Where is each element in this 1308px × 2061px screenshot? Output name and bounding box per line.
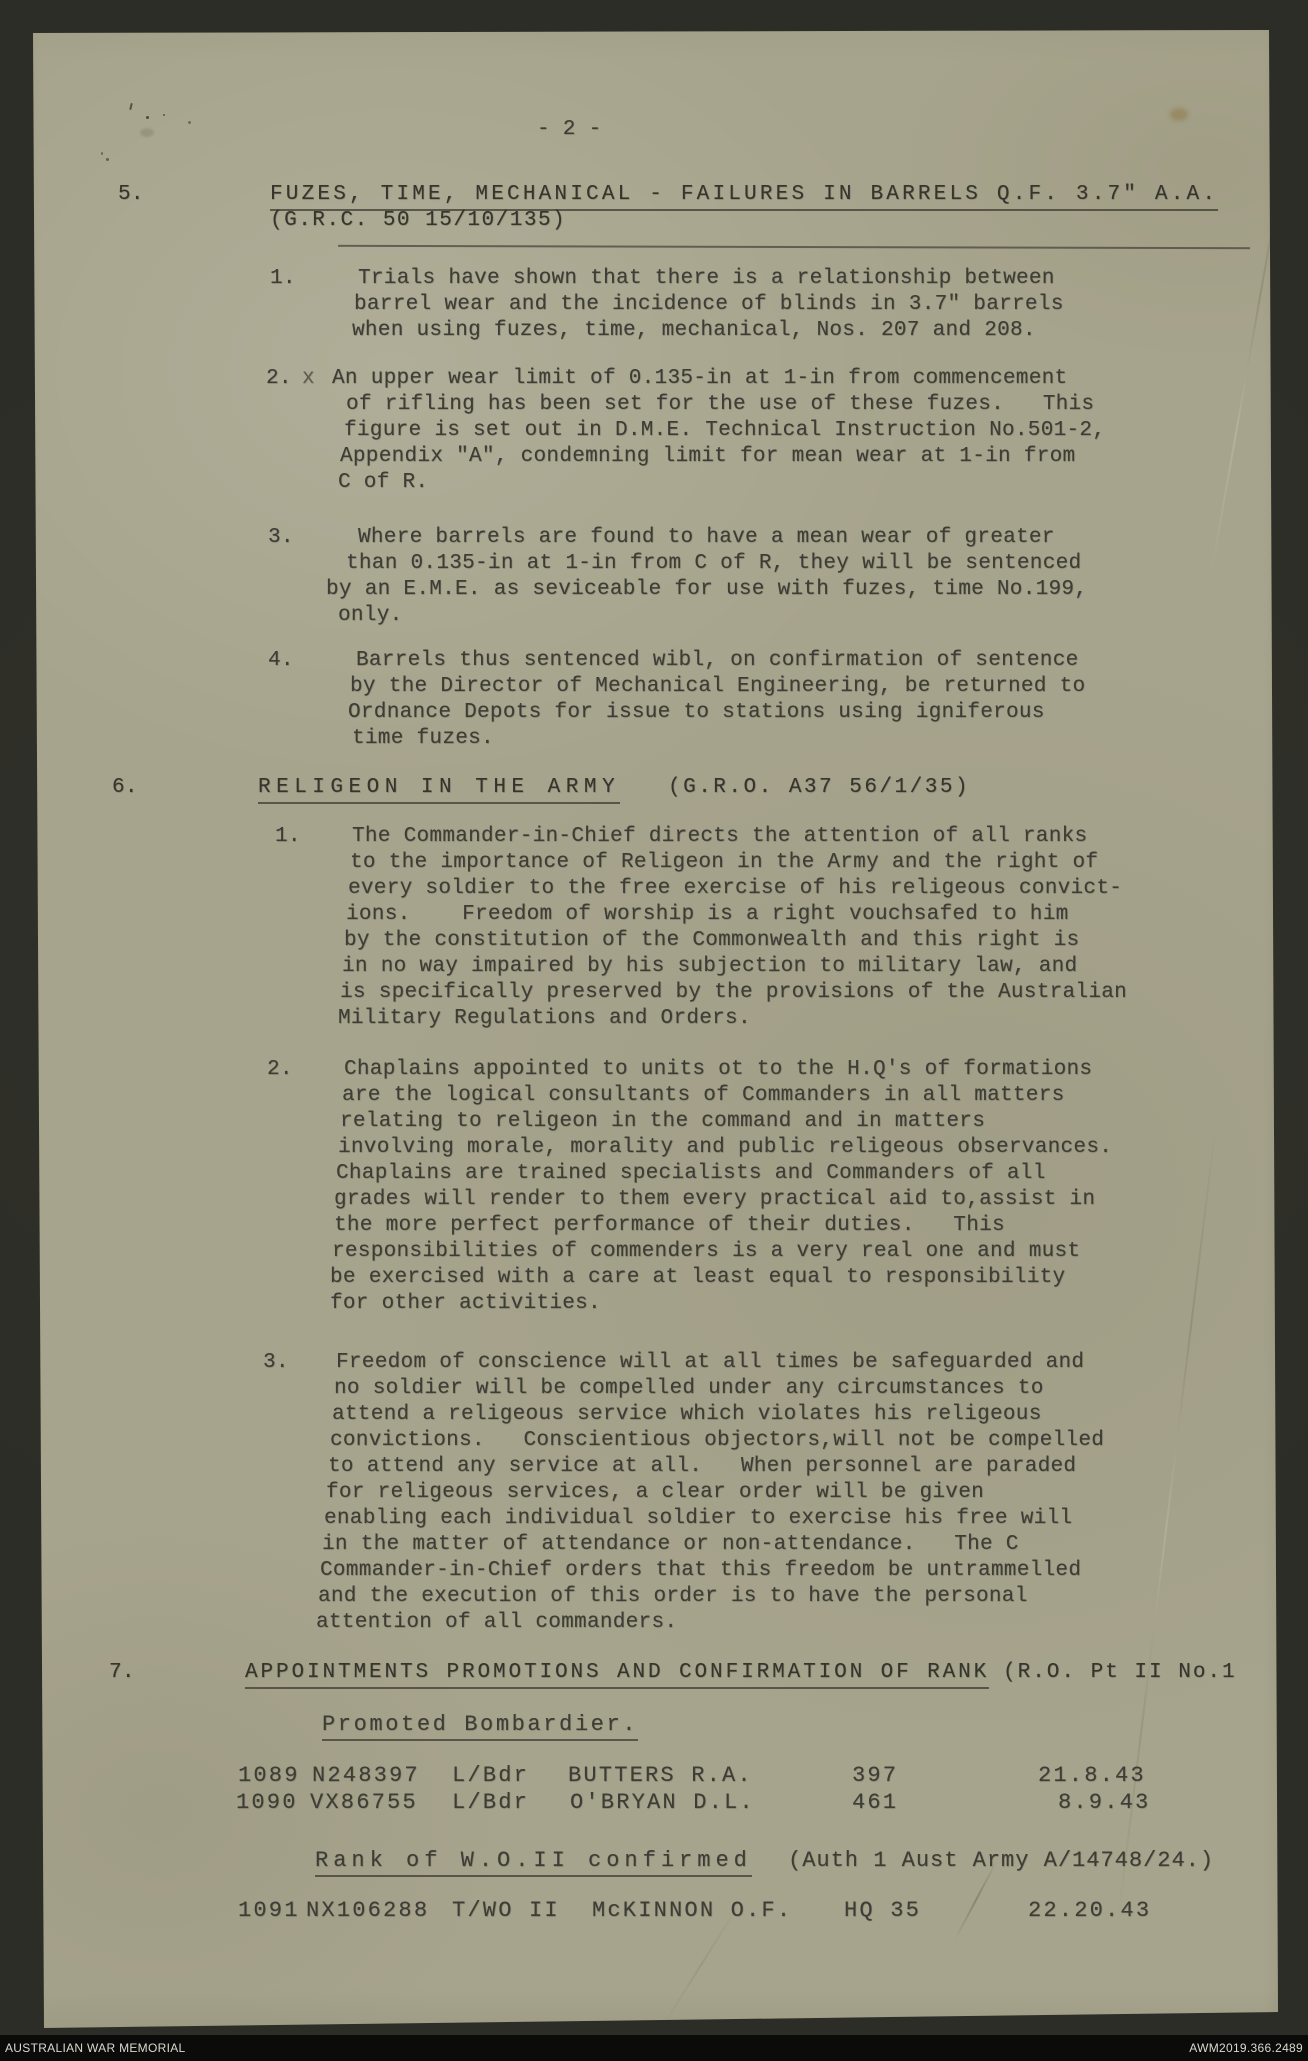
paragraph-line: The Commander-in-Chief directs the atten… [352, 824, 1087, 850]
section-heading: FUZES, TIME, MECHANICAL - FAILURES IN BA… [270, 182, 1218, 211]
paragraph-line: for religeous services, a clear order wi… [326, 1480, 984, 1506]
paragraph-number: 2. [267, 1057, 293, 1083]
paragraph-line: Military Regulations and Orders. [338, 1006, 751, 1032]
paragraph-line: of rifling has been set for the use of t… [346, 392, 1094, 418]
paragraph-line: Where barrels are found to have a mean w… [358, 525, 1055, 551]
margin-mark: x [302, 366, 315, 392]
roster-cell-name: O'BRYAN D.L. [570, 1790, 755, 1816]
paragraph-line: Barrels thus sentenced wibl, on confirma… [356, 648, 1079, 674]
paragraph-line: ions. Freedom of worship is a right vouc… [346, 902, 1069, 928]
roster-cell-rank: T/WO II [452, 1898, 560, 1924]
catalog-footer-bar: AUSTRALIAN WAR MEMORIAL AWM2019.366.2489 [0, 2035, 1308, 2061]
scanned-document-photo: { "page_number": "- 2 -", "sections": [ … [0, 0, 1308, 2061]
subheading-reference: (Auth 1 Aust Army A/14748/24.) [788, 1848, 1214, 1874]
paragraph-line: Chaplains are trained specialists and Co… [336, 1161, 1046, 1187]
roster-cell-serial: VX86755 [310, 1790, 418, 1816]
paragraph-line: by an E.M.E. as seviceable for use with … [326, 577, 1087, 603]
paragraph-line: grades will render to them every practic… [334, 1187, 1095, 1213]
paragraph-line: only. [338, 603, 403, 629]
section-reference: (G.R.O. A37 56/1/35) [668, 775, 970, 801]
roster-cell-serial: NX106288 [306, 1898, 429, 1924]
paragraph-number: 3. [268, 525, 294, 551]
paragraph-line: every soldier to the free exercise of hi… [348, 876, 1122, 902]
paragraph-line: An upper wear limit of 0.135-in at 1-in … [332, 366, 1067, 392]
paragraph-line: Trials have shown that there is a relati… [358, 266, 1055, 292]
paragraph-line: to attend any service at all. When perso… [328, 1454, 1076, 1480]
paragraph-number: 1. [270, 266, 296, 292]
paragraph-line: are the logical consultants of Commander… [342, 1083, 1065, 1109]
paragraph-line: attend a religeous service which violate… [332, 1402, 1042, 1428]
paragraph-number: 3. [263, 1350, 289, 1376]
ink-speck [146, 116, 149, 119]
section-heading: APPOINTMENTS PROMOTIONS AND CONFIRMATION… [245, 1660, 989, 1689]
paragraph-line: in the matter of attendance or non-atten… [322, 1532, 1019, 1558]
heading-underline-rule [338, 245, 1250, 249]
paragraph-line: be exercised with a care at least equal … [330, 1265, 1065, 1291]
paper-crease [1210, 153, 1287, 577]
roster-cell-unit: 461 [852, 1790, 898, 1816]
paragraph-line: the more perfect performance of their du… [334, 1213, 1005, 1239]
paragraph-line: barrel wear and the incidence of blinds … [354, 292, 1064, 318]
paragraph-line: and the execution of this order is to ha… [318, 1584, 1028, 1610]
paragraph-number: 4. [268, 648, 294, 674]
roster-cell-date: 21.8.43 [1038, 1763, 1146, 1789]
page-number: - 2 - [537, 117, 602, 143]
paragraph-line: when using fuzes, time, mechanical, Nos.… [352, 318, 1036, 344]
paper-stain [1170, 108, 1188, 121]
paragraph-line: Freedom of conscience will at all times … [336, 1350, 1084, 1376]
section-heading: RELIGEON IN THE ARMY [258, 775, 620, 804]
paragraph-line: time fuzes. [352, 726, 494, 752]
archive-name-label: AUSTRALIAN WAR MEMORIAL [5, 2041, 185, 2055]
paragraph-line: Commander-in-Chief orders that this free… [320, 1558, 1081, 1584]
paragraph-line: by the Director of Mechanical Engineerin… [350, 674, 1085, 700]
roster-cell-rank: L/Bdr [452, 1790, 529, 1816]
roster-cell-number: 1090 [236, 1790, 298, 1816]
ink-speck [106, 158, 109, 161]
paragraph-line: in no way impaired by his subjection to … [342, 954, 1077, 980]
section-number: 7. [109, 1660, 135, 1686]
roster-cell-date: 22.20.43 [1028, 1898, 1151, 1924]
accession-number-label: AWM2019.366.2489 [1189, 2041, 1303, 2055]
section-number: 6. [112, 775, 138, 801]
paper-sheet: - 2 - 5. FUZES, TIME, MECHANICAL - FAILU… [0, 0, 1308, 2061]
ink-speck [163, 114, 165, 116]
paragraph-line: is specifically preserved by the provisi… [340, 980, 1127, 1006]
roster-cell-number: 1091 [238, 1898, 300, 1924]
paragraph-line: C of R. [338, 470, 428, 496]
roster-cell-number: 1089 [238, 1763, 300, 1789]
paragraph-number: 1. [275, 824, 301, 850]
roster-cell-name: McKINNON O.F. [592, 1898, 792, 1924]
roster-cell-serial: N248397 [312, 1763, 420, 1789]
roster-cell-rank: L/Bdr [452, 1763, 529, 1789]
paragraph-line: relating to religeon in the command and … [340, 1109, 985, 1135]
paragraph-line: responsibilities of commenders is a very… [332, 1239, 1080, 1265]
ink-smudge [140, 128, 154, 137]
paragraph-line: by the constitution of the Commonwealth … [344, 928, 1079, 954]
paragraph-line: involving morale, morality and public re… [338, 1135, 1112, 1161]
paragraph-line: attention of all commanders. [316, 1610, 677, 1636]
paragraph-line: figure is set out in D.M.E. Technical In… [344, 418, 1105, 444]
paragraph-line: for other activities. [330, 1291, 601, 1317]
ink-speck [101, 152, 103, 155]
paragraph-line: to the importance of Religeon in the Arm… [350, 850, 1098, 876]
paragraph-line: enabling each individual soldier to exer… [324, 1506, 1072, 1532]
paragraph-line: Chaplains appointed to units ot to the H… [344, 1057, 1092, 1083]
roster-cell-unit: HQ 35 [844, 1898, 921, 1924]
paragraph-number: 2. [266, 366, 292, 392]
subheading: Promoted Bombardier. [322, 1712, 638, 1741]
roster-cell-date: 8.9.43 [1058, 1790, 1150, 1816]
paragraph-line: convictions. Conscientious objectors,wil… [330, 1428, 1104, 1454]
paragraph-line: than 0.135-in at 1-in from C of R, they … [346, 551, 1081, 577]
roster-cell-unit: 397 [852, 1763, 898, 1789]
section-number: 5. [118, 182, 144, 208]
paragraph-line: no soldier will be compelled under any c… [334, 1376, 1044, 1402]
ink-speck [129, 103, 133, 110]
section-reference: (G.R.C. 50 15/10/135) [270, 208, 566, 234]
subheading: Rank of W.O.II confirmed [315, 1848, 752, 1877]
roster-cell-name: BUTTERS R.A. [568, 1763, 753, 1789]
section-reference: (R.O. Pt II No.1 [1003, 1660, 1237, 1686]
paragraph-line: Ordnance Depots for issue to stations us… [348, 700, 1045, 726]
ink-speck [188, 121, 191, 124]
paragraph-line: Appendix "A", condemning limit for mean … [340, 444, 1075, 470]
